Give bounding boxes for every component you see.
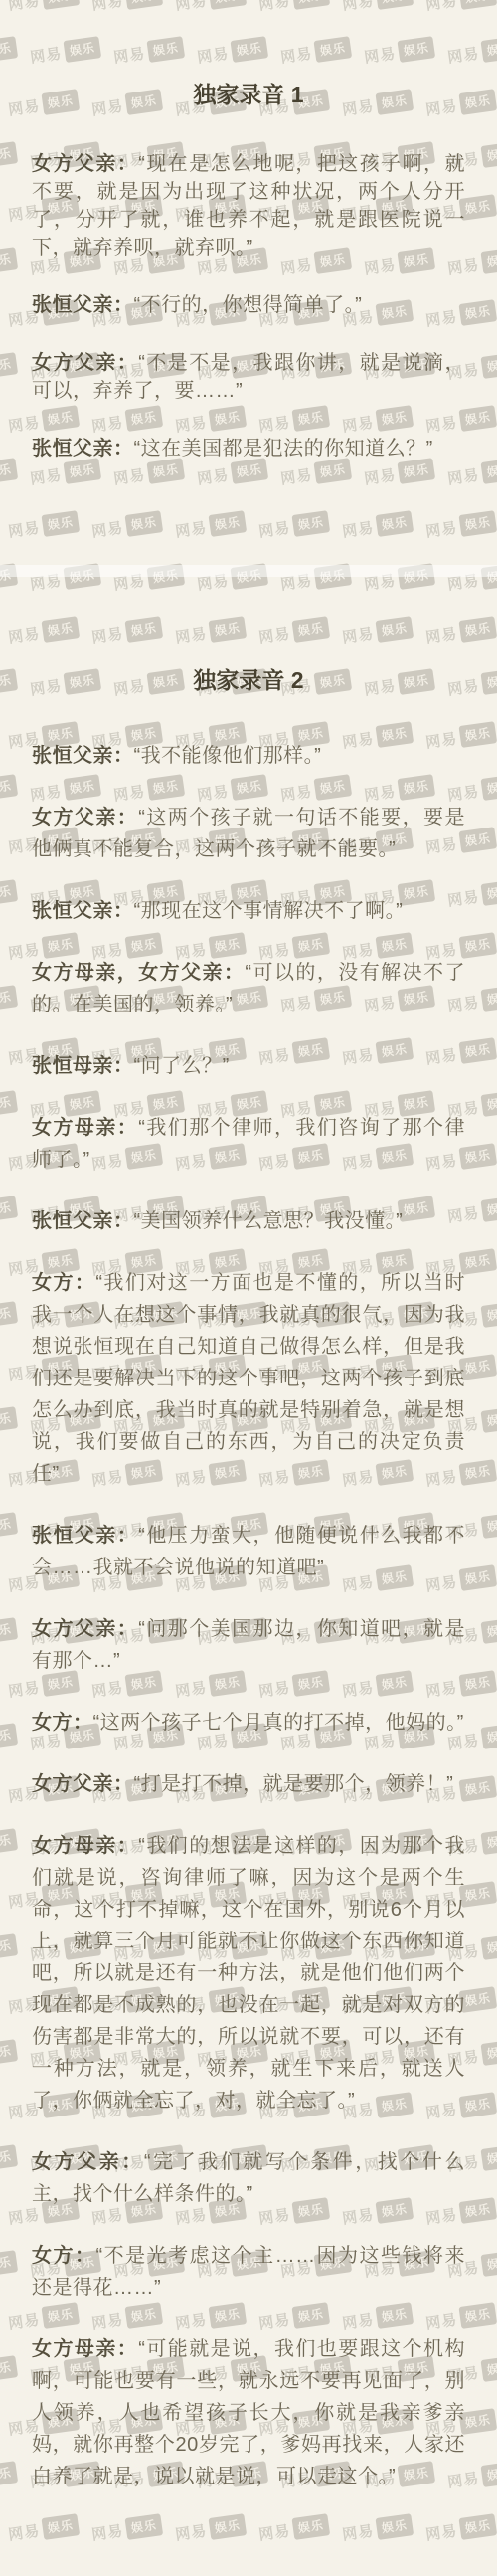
watermark-badge-text: 娱乐 <box>124 2513 163 2540</box>
dialogue-paragraph: 女方父亲：“现在是怎么地呢，把这孩子啊，就不要，就是因为出现了这种状况，两个人分… <box>32 150 465 262</box>
speaker-label: 张恒父亲： <box>32 745 134 767</box>
dialogue-text: “不行的，你想得简单了。” <box>134 294 363 316</box>
article-screenshot: 网易娱乐网易娱乐网易娱乐网易娱乐网易娱乐网易娱乐网易娱乐网易娱乐网易娱乐网易娱乐… <box>0 0 497 2576</box>
dialogue-text: “那现在这个事情解决不了啊。” <box>134 900 404 922</box>
netease-ent-watermark: 网易娱乐 <box>341 2513 414 2545</box>
netease-ent-watermark: 网易娱乐 <box>424 2513 497 2545</box>
recording-1-dialogue: 女方父亲：“现在是怎么地呢，把这孩子啊，就不要，就是因为出现了这种状况，两个人分… <box>32 150 465 462</box>
recording-1-title: 独家录音 1 <box>32 0 465 109</box>
speaker-label: 女方母亲： <box>32 2338 138 2360</box>
dialogue-paragraph: 张恒父亲：“我不能像他们那样。” <box>32 740 465 772</box>
speaker-label: 女方父亲： <box>32 153 138 175</box>
watermark-badge-text: 娱乐 <box>208 2513 247 2540</box>
speaker-label: 张恒父亲： <box>32 1210 134 1232</box>
speaker-label: 女方父亲： <box>32 352 138 374</box>
dialogue-paragraph: 女方：“我们对这一方面也是不懂的，所以当时我一个人在想这个事情，我就真的很气，因… <box>32 1267 465 1490</box>
dialogue-text: “我们的想法是这样的，因为那个我们就是说，咨询律师了嘛，因为这个是两个生命，这个… <box>32 1835 465 2112</box>
watermark-brand-text: 网易 <box>341 2519 376 2544</box>
dialogue-text: “这在美国都是犯法的你知道么？” <box>134 438 433 460</box>
netease-ent-watermark: 网易娱乐 <box>257 2513 330 2545</box>
speaker-label: 张恒父亲： <box>32 294 134 316</box>
dialogue-text: “这两个孩子七个月真的打不掉，他妈的。” <box>93 1712 464 1734</box>
dialogue-text: “我们对这一方面也是不懂的，所以当时我一个人在想这个事情，我就真的很气，因为我想… <box>32 1272 465 1485</box>
netease-ent-watermark: 网易娱乐 <box>90 2513 163 2545</box>
dialogue-text: “问了么？” <box>134 1055 230 1077</box>
dialogue-paragraph: 张恒母亲：“问了么？” <box>32 1050 465 1082</box>
dialogue-paragraph: 女方父亲：“这两个孩子就一句话不能要，要是他俩真不能复合，这两个孩子就不能要。” <box>32 802 465 865</box>
speaker-label: 女方母亲，女方父亲： <box>32 962 245 984</box>
speaker-label: 女方母亲： <box>32 1117 138 1139</box>
dialogue-paragraph: 女方母亲，女方父亲：“可以的，没有解决不了的。在美国的，领养。” <box>32 957 465 1020</box>
dialogue-paragraph: 张恒父亲：“那现在这个事情解决不了啊。” <box>32 895 465 927</box>
dialogue-paragraph: 女方父亲：“不是不是，我跟你讲，就是说滴，可以，弃养了，要……” <box>32 349 465 405</box>
netease-ent-watermark: 网易娱乐 <box>7 2513 80 2545</box>
dialogue-paragraph: 女方父亲：“打是打不掉，就是要那个，领养！” <box>32 1768 465 1800</box>
dialogue-paragraph: 女方父亲：“完了我们就写个条件，找个什么主，找个什么样条件的。” <box>32 2146 465 2210</box>
dialogue-paragraph: 张恒父亲：“他压力蛮大，他随便说什么我都不会……我就不会说他说的知道吧” <box>32 1520 465 1583</box>
speaker-label: 女方： <box>32 1712 93 1734</box>
dialogue-paragraph: 女方：“这两个孩子七个月真的打不掉，他妈的。” <box>32 1707 465 1739</box>
speaker-label: 女方父亲： <box>32 1773 134 1795</box>
dialogue-paragraph: 女方：“不是光考虑这个主……因为这些钱将来还是得花……” <box>32 2240 465 2303</box>
speaker-label: 女方： <box>32 2245 95 2267</box>
speaker-label: 女方母亲： <box>32 1835 138 1857</box>
watermark-badge-text: 娱乐 <box>375 2513 414 2540</box>
watermark-brand-text: 网易 <box>424 2519 459 2544</box>
watermark-badge-text: 娱乐 <box>41 2513 80 2540</box>
netease-ent-watermark: 网易娱乐 <box>174 2513 247 2545</box>
dialogue-paragraph: 女方母亲：“可能就是说，我们也要跟这个机构啊，可能也要有一些，就永远不要再见面了… <box>32 2333 465 2492</box>
speaker-label: 张恒父亲： <box>32 438 134 460</box>
speaker-label: 女方父亲： <box>32 2151 144 2173</box>
dialogue-paragraph: 女方父亲：“问那个美国那边，你知道吧，就是有那个…” <box>32 1613 465 1677</box>
speaker-label: 女方： <box>32 1272 95 1294</box>
speaker-label: 女方父亲： <box>32 807 138 828</box>
watermark-brand-text: 网易 <box>257 2519 292 2544</box>
watermark-brand-text: 网易 <box>90 2519 125 2544</box>
dialogue-text: “可能就是说，我们也要跟这个机构啊，可能也要有一些，就永远不要再见面了，别人领养… <box>32 2338 465 2487</box>
speaker-label: 女方父亲： <box>32 1618 138 1640</box>
article-content: 独家录音 1 女方父亲：“现在是怎么地呢，把这孩子啊，就不要，就是因为出现了这种… <box>0 0 497 2492</box>
dialogue-text: “打是打不掉，就是要那个，领养！” <box>134 1773 454 1795</box>
speaker-label: 张恒父亲： <box>32 1525 138 1547</box>
watermark-badge-text: 娱乐 <box>458 2513 497 2540</box>
recording-2-title: 独家录音 2 <box>32 665 465 695</box>
dialogue-paragraph: 女方母亲：“我们的想法是这样的，因为那个我们就是说，咨询律师了嘛，因为这个是两个… <box>32 1830 465 2116</box>
watermark-brand-text: 网易 <box>174 2519 209 2544</box>
recording-section-1: 独家录音 1 女方父亲：“现在是怎么地呢，把这孩子啊，就不要，就是因为出现了这种… <box>32 0 465 462</box>
watermark-brand-text: 网易 <box>7 2519 42 2544</box>
dialogue-paragraph: 张恒父亲：“这在美国都是犯法的你知道么？” <box>32 435 465 462</box>
speaker-label: 张恒父亲： <box>32 900 134 922</box>
dialogue-text: “美国领养什么意思？我没懂。” <box>134 1210 404 1232</box>
recording-2-dialogue: 张恒父亲：“我不能像他们那样。”女方父亲：“这两个孩子就一句话不能要，要是他俩真… <box>32 740 465 2492</box>
dialogue-text: “不是光考虑这个主……因为这些钱将来还是得花……” <box>32 2245 465 2299</box>
dialogue-paragraph: 张恒父亲：“不行的，你想得简单了。” <box>32 291 465 319</box>
dialogue-text: “我不能像他们那样。” <box>134 745 322 767</box>
dialogue-paragraph: 女方母亲：“我们那个律师，我们咨询了那个律师了。” <box>32 1112 465 1176</box>
recording-section-2: 独家录音 2 张恒父亲：“我不能像他们那样。”女方父亲：“这两个孩子就一句话不能… <box>32 665 465 2492</box>
watermark-badge-text: 娱乐 <box>291 2513 330 2540</box>
dialogue-paragraph: 张恒父亲：“美国领养什么意思？我没懂。” <box>32 1205 465 1237</box>
speaker-label: 张恒母亲： <box>32 1055 134 1077</box>
